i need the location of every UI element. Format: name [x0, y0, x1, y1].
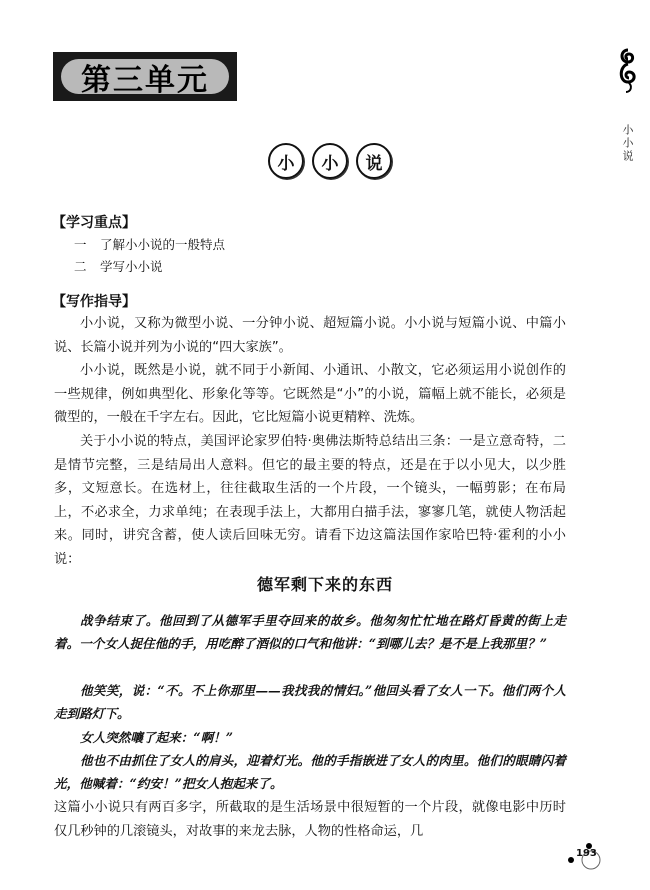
chapter-title-char: 小	[268, 143, 304, 179]
item-text: 了解小小说的一般特点	[100, 237, 225, 252]
story-paragraph: 他笑笑，说：“不。不上你那里——我找我的情妇。”他回头看了女人一下。他们两个人走…	[54, 679, 566, 726]
guide-paragraph: 小小说，既然是小说，就不同于小新闻、小通讯、小散文，它必须运用小说创作的一些规律…	[54, 359, 566, 430]
scroll-ornament-icon	[617, 48, 639, 94]
chapter-title: 小 小 说	[268, 143, 392, 179]
story-title: 德军剩下来的东西	[0, 572, 650, 595]
chapter-title-char: 说	[356, 143, 392, 179]
chapter-title-char: 小	[312, 143, 348, 179]
learning-focus-item: 一了解小小说的一般特点	[74, 235, 225, 253]
story-paragraph: 战争结束了。他回到了从德军手里夺回来的故乡。他匆匆忙忙地在路灯昏黄的街上走着。一…	[54, 609, 566, 656]
learning-focus-item: 二学写小小说	[74, 257, 163, 275]
story-paragraph: 女人突然嚷了起来：“啊！”	[54, 726, 566, 749]
closing-paragraph: 这篇小小说只有两百多字，所截取的是生活场景中很短暂的一个片段，就像电影中历时仅几…	[54, 796, 566, 843]
unit-banner: 第三单元	[53, 52, 237, 101]
item-number: 一	[74, 235, 100, 253]
guide-paragraph: 关于小小说的特点，美国评论家罗伯特·奥佛法斯特总结出三条：一是立意奇特，二是情节…	[54, 430, 566, 572]
guide-paragraph: 小小说，又称为微型小说、一分钟小说、超短篇小说。小小说与短篇小说、中篇小说、长篇…	[54, 312, 566, 359]
story-paragraph: 他也不由抓住了女人的肩头，迎着灯光。他的手指嵌进了女人的肉里。他们的眼睛闪着光，…	[54, 749, 566, 796]
unit-banner-label: 第三单元	[61, 59, 229, 94]
learning-focus-heading: 【学习重点】	[52, 212, 136, 232]
writing-guide-heading: 【写作指导】	[52, 291, 136, 311]
item-number: 二	[74, 257, 100, 275]
page-number-badge: 193	[567, 842, 607, 872]
side-running-title: 小小说	[621, 124, 635, 163]
item-text: 学写小小说	[100, 259, 163, 274]
page-number: 193	[576, 848, 597, 859]
